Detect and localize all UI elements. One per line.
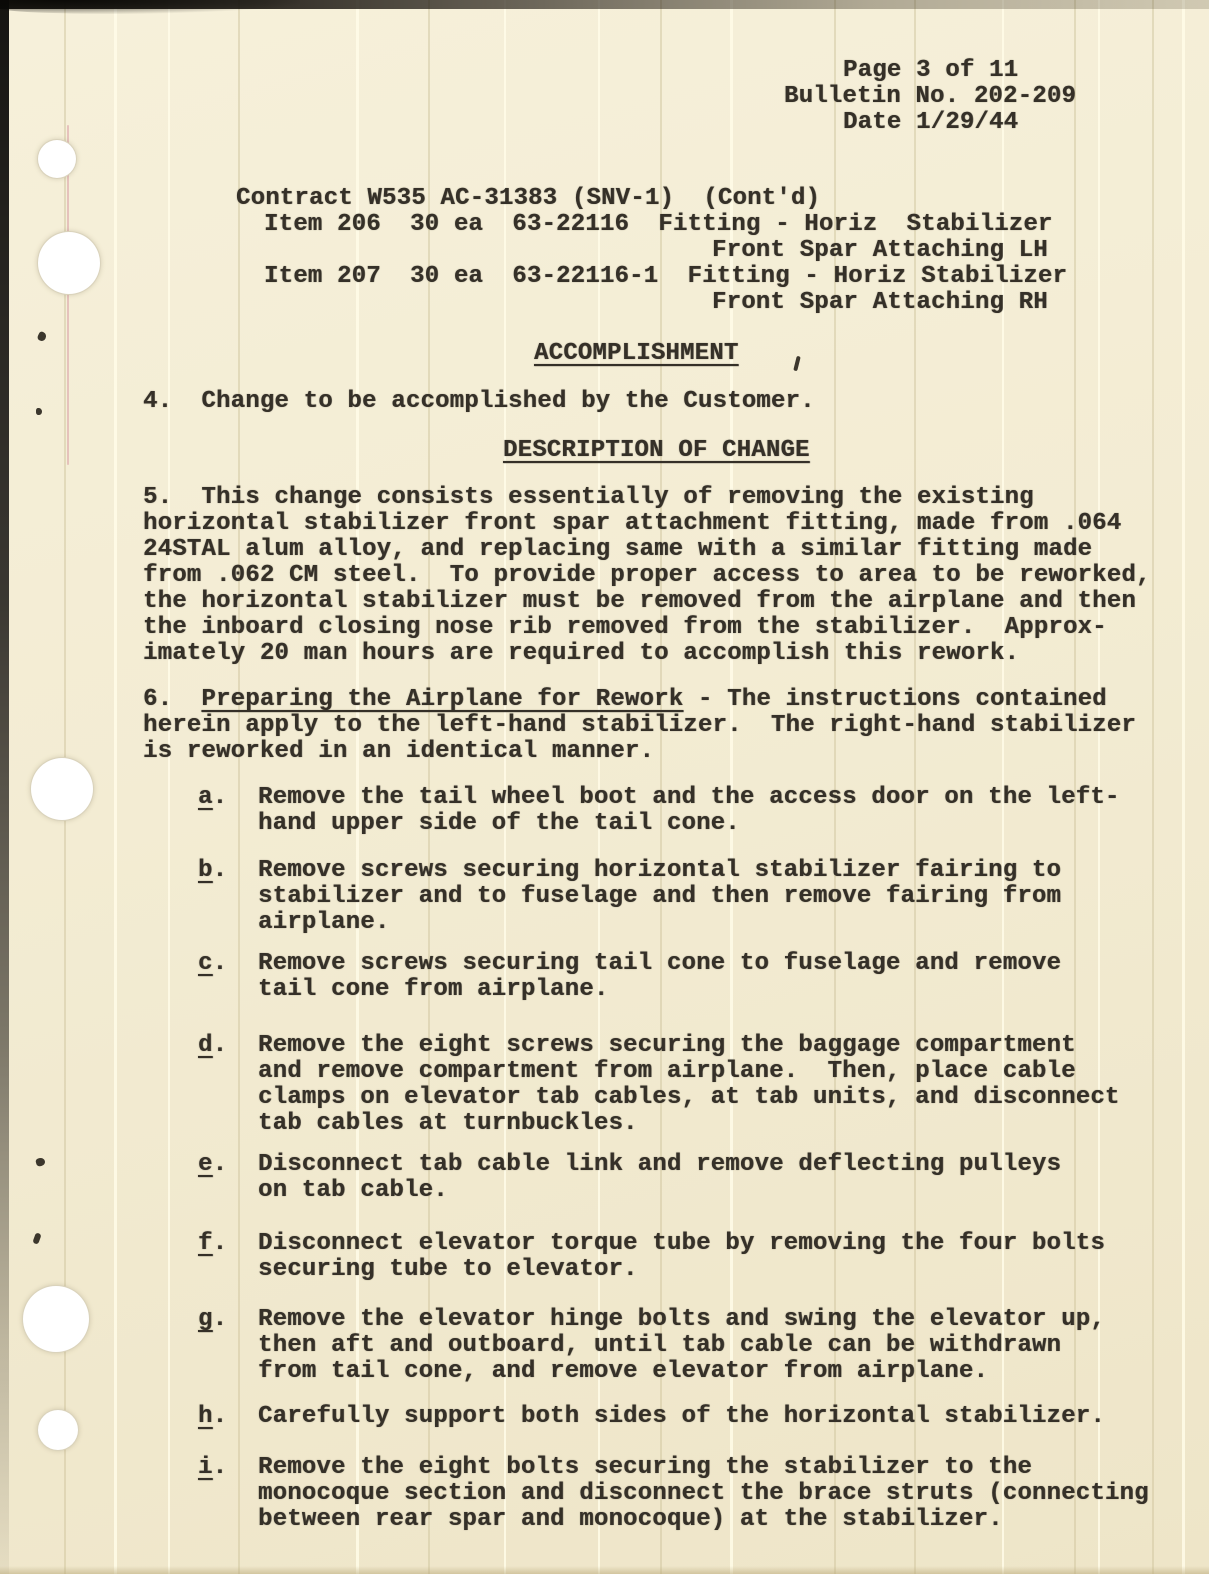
step-letter: e	[198, 1151, 213, 1178]
step-text: Remove the eight screws securing the bag…	[258, 1033, 1120, 1137]
paragraph-6: 6. Preparing the Airplane for Rework - T…	[143, 687, 1136, 765]
bulletin-number: Bulletin No. 202-209	[784, 84, 1076, 110]
step-label: f.	[198, 1231, 227, 1257]
step-letter: b	[198, 857, 213, 884]
step-label-period: .	[213, 1230, 228, 1257]
step-letter: c	[198, 950, 213, 977]
punch-hole	[37, 139, 77, 179]
step-label-period: .	[213, 1032, 228, 1059]
punch-hole	[30, 757, 94, 821]
punch-hole	[37, 1409, 79, 1451]
step-label: b.	[198, 858, 227, 884]
ink-speck	[32, 1232, 41, 1244]
paper-streak	[1152, 0, 1154, 1574]
step-label-period: .	[213, 1151, 228, 1178]
paper-streak	[114, 0, 117, 1574]
paragraph-4: 4. Change to be accomplished by the Cust…	[143, 389, 815, 415]
paper-streak	[238, 0, 240, 1574]
step-label: i.	[198, 1455, 227, 1481]
contract-item-207-cont: Front Spar Attaching RH	[712, 290, 1048, 316]
step-label-period: .	[213, 857, 228, 884]
paper-streak	[1182, 0, 1185, 1574]
scan-edge-left	[0, 0, 9, 1574]
step-label-period: .	[213, 950, 228, 977]
description-of-change-heading: DESCRIPTION OF CHANGE	[503, 438, 810, 464]
step-text: Remove screws securing tail cone to fuse…	[258, 951, 1061, 1003]
step-text: Remove the elevator hinge bolts and swin…	[258, 1307, 1105, 1385]
step-letter: g	[198, 1306, 213, 1333]
punch-hole	[22, 1285, 90, 1353]
step-letter: a	[198, 784, 213, 811]
ink-speck	[36, 331, 47, 343]
step-text: Remove screws securing horizontal stabil…	[258, 858, 1061, 936]
step-letter: i	[198, 1454, 213, 1481]
step-label: e.	[198, 1152, 227, 1178]
punch-hole	[37, 231, 101, 295]
step-label: c.	[198, 951, 227, 977]
step-text: Disconnect tab cable link and remove def…	[258, 1152, 1061, 1204]
step-label: g.	[198, 1307, 227, 1333]
step-text: Carefully support both sides of the hori…	[258, 1404, 1105, 1430]
contract-item-207: Item 207 30 ea 63-22116-1 Fitting - Hori…	[264, 264, 1067, 290]
scan-edge-top-blob	[0, 0, 300, 14]
step-label: h.	[198, 1404, 227, 1430]
step-letter: h	[198, 1403, 213, 1430]
step-label: a.	[198, 785, 227, 811]
step-label-period: .	[213, 784, 228, 811]
paragraph-6-underlined-title: Preparing the Airplane for Rework	[201, 686, 683, 713]
contract-heading-line: Contract W535 AC-31383 (SNV-1) (Cont'd)	[236, 186, 820, 212]
step-label-period: .	[213, 1454, 228, 1481]
paragraph-5: 5. This change consists essentially of r…	[143, 485, 1151, 667]
accomplishment-heading: ACCOMPLISHMENT	[534, 341, 738, 367]
step-letter: f	[198, 1230, 213, 1257]
step-label-period: .	[213, 1306, 228, 1333]
ink-speck	[36, 408, 42, 415]
step-text: Remove the eight bolts securing the stab…	[258, 1455, 1149, 1533]
contract-item-206: Item 206 30 ea 63-22116 Fitting - Horiz …	[264, 212, 1053, 238]
paragraph-6-number: 6.	[143, 686, 201, 713]
ink-speck	[793, 356, 801, 372]
ink-speck	[35, 1157, 46, 1167]
step-label: d.	[198, 1033, 227, 1059]
scan-edge-bottom	[0, 1566, 1209, 1574]
bulletin-date: Date 1/29/44	[843, 110, 1018, 136]
step-text: Disconnect elevator torque tube by remov…	[258, 1231, 1105, 1283]
step-letter: d	[198, 1032, 213, 1059]
step-text: Remove the tail wheel boot and the acces…	[258, 785, 1120, 837]
scanned-document-page: Page 3 of 11 Bulletin No. 202-209 Date 1…	[0, 0, 1209, 1574]
paper-streak	[168, 0, 170, 1574]
page-number: Page 3 of 11	[843, 58, 1018, 84]
step-label-period: .	[213, 1403, 228, 1430]
contract-item-206-cont: Front Spar Attaching LH	[712, 238, 1048, 264]
